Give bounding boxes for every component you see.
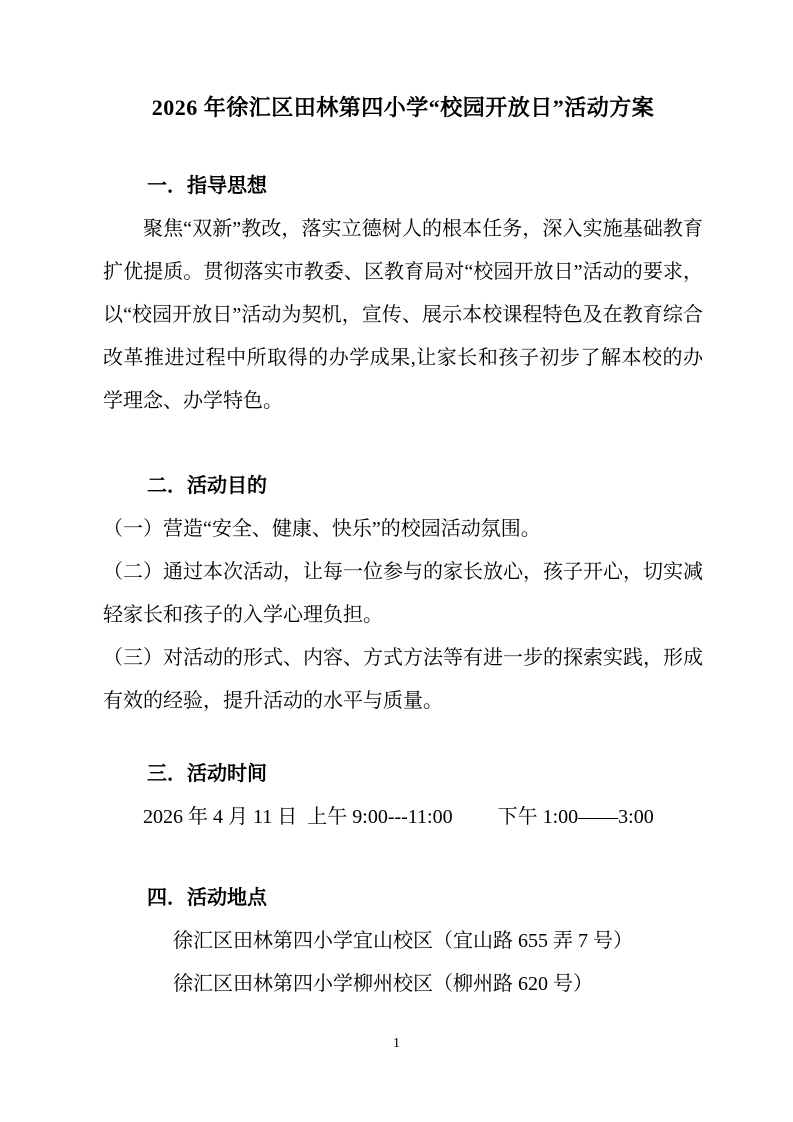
- paragraph-activity-time: 2026 年 4 月 11 日 上午 9:00---11:00 下午 1:00—…: [103, 796, 703, 839]
- paragraph-guiding-ideology: 聚焦“双新”教改，落实立德树人的根本任务，深入实施基础教育扩优提质。贯彻落实市教…: [103, 208, 703, 423]
- paragraph-location-yishan-campus: 徐汇区田林第四小学宜山校区（宜山路 655 弄 7 号）: [103, 920, 703, 963]
- section-heading-activity-time: 三．活动时间: [103, 753, 703, 796]
- section-heading-activity-location: 四．活动地点: [103, 877, 703, 920]
- section-guiding-ideology: 一．指导思想 聚焦“双新”教改，落实立德树人的根本任务，深入实施基础教育扩优提质…: [103, 165, 703, 423]
- section-heading-guiding-ideology: 一．指导思想: [103, 165, 703, 208]
- paragraph-location-liuzhou-campus: 徐汇区田林第四小学柳州校区（柳州路 620 号）: [103, 963, 703, 1006]
- section-heading-activity-purpose: 二．活动目的: [103, 465, 703, 508]
- document-content: 2026 年徐汇区田林第四小学“校园开放日”活动方案 一．指导思想 聚焦“双新”…: [103, 0, 703, 1006]
- section-activity-location: 四．活动地点 徐汇区田林第四小学宜山校区（宜山路 655 弄 7 号） 徐汇区田…: [103, 877, 703, 1006]
- section-activity-time: 三．活动时间 2026 年 4 月 11 日 上午 9:00---11:00 下…: [103, 753, 703, 839]
- paragraph-purpose-item-3: （三）对活动的形式、内容、方式方法等有进一步的探索实践，形成有效的经验，提升活动…: [103, 637, 703, 723]
- document-page: 2026 年徐汇区田林第四小学“校园开放日”活动方案 一．指导思想 聚焦“双新”…: [0, 0, 793, 1122]
- paragraph-purpose-item-2: （二）通过本次活动，让每一位参与的家长放心，孩子开心，切实减轻家长和孩子的入学心…: [103, 551, 703, 637]
- paragraph-purpose-item-1: （一）营造“安全、健康、快乐”的校园活动氛围。: [103, 508, 703, 551]
- document-title: 2026 年徐汇区田林第四小学“校园开放日”活动方案: [103, 90, 703, 126]
- page-number: 1: [0, 1035, 793, 1053]
- section-activity-purpose: 二．活动目的 （一）营造“安全、健康、快乐”的校园活动氛围。 （二）通过本次活动…: [103, 465, 703, 723]
